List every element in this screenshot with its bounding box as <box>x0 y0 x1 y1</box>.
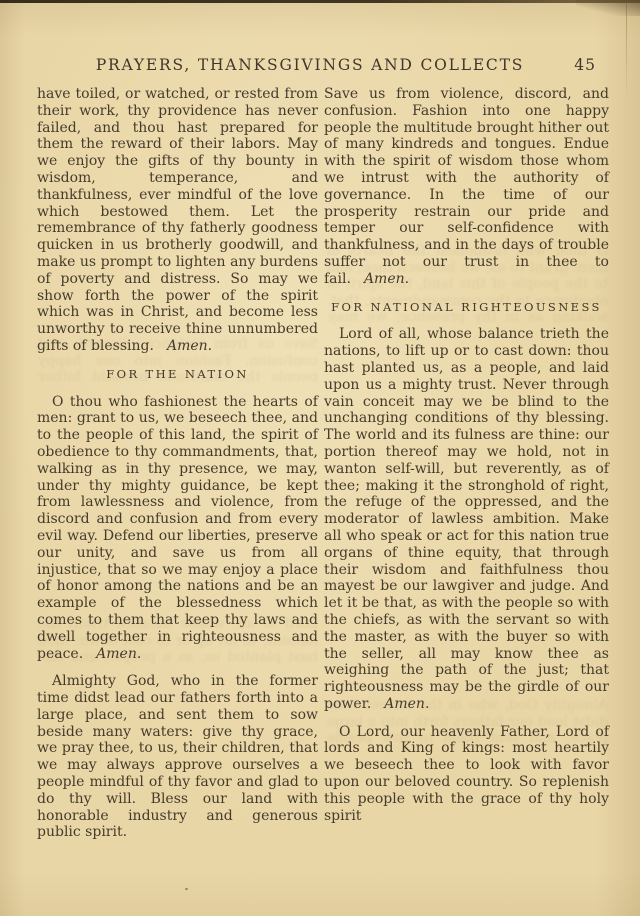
paragraph-text: O Lord, our heavenly Father, Lord of lor… <box>324 724 609 824</box>
prayer-paragraph: Lord of all, whose balance trieth the na… <box>324 326 609 712</box>
paragraph-text: have toiled, or watched, or rested from … <box>37 86 318 354</box>
page-corner-shadow <box>576 0 640 16</box>
page-top-edge-shadow <box>0 0 640 3</box>
paragraph-text: O thou who fashionest the hearts of men:… <box>37 394 318 662</box>
paragraph-text: Almighty God, who in the former time did… <box>37 673 318 840</box>
page-number: 45 <box>574 56 596 74</box>
section-heading-for-the-nation: FOR THE NATION <box>37 366 318 383</box>
left-text-column: have toiled, or watched, or rested from … <box>37 86 318 852</box>
book-page: O thou who fashionest the hearts of men:… <box>0 0 640 916</box>
section-heading-for-national-righteousness: FOR NATIONAL RIGHTEOUSNESS <box>324 299 609 316</box>
amen-label: Amen. <box>371 696 429 712</box>
paragraph-text: Save us from violence, discord, and conf… <box>324 86 609 287</box>
prayer-paragraph: Save us from violence, discord, and conf… <box>324 86 609 288</box>
prayer-paragraph: O Lord, our heavenly Father, Lord of lor… <box>324 724 609 825</box>
amen-label: Amen. <box>154 338 212 354</box>
amen-label: Amen. <box>351 271 409 287</box>
right-text-column: Save us from violence, discord, and conf… <box>324 86 609 835</box>
running-head-title: PRAYERS, THANKSGIVINGS AND COLLECTS <box>52 56 568 74</box>
prayer-paragraph: O thou who fashionest the hearts of men:… <box>37 394 318 663</box>
paragraph-text: Lord of all, whose balance trieth the na… <box>324 326 609 712</box>
prayer-paragraph: have toiled, or watched, or rested from … <box>37 86 318 355</box>
amen-label: Amen. <box>83 646 141 662</box>
page-speck <box>185 888 188 890</box>
prayer-paragraph: Almighty God, who in the former time did… <box>37 673 318 841</box>
page-edge-crease <box>626 2 627 102</box>
